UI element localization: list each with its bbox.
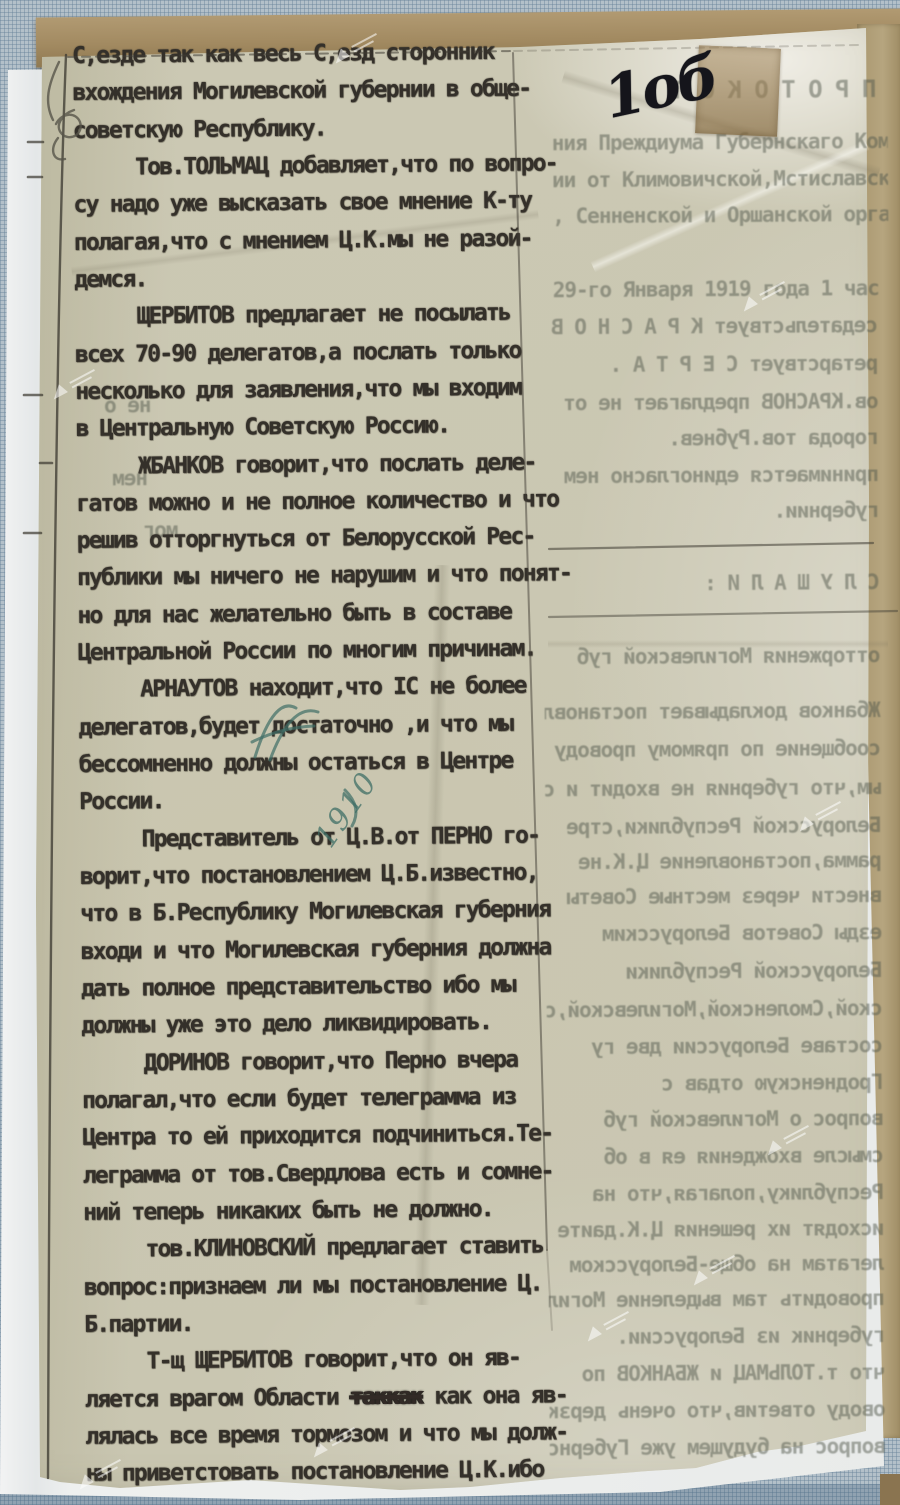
typed-line: Б.партии. — [84, 1312, 193, 1337]
typed-line: дать полное представительство ибо мы — [81, 973, 515, 1001]
typed-line: должны уже это дело ликвидировать. — [81, 1010, 491, 1038]
typed-line: в Центральную Советскую Россию. — [76, 414, 450, 442]
typed-line: ЖБАНКОВ говорит,что послать деле- — [138, 450, 536, 478]
typed-line: ворит,что постановлением Ц.Б.известно, — [80, 861, 538, 890]
typed-line: несколько для заявления,что мы входим — [75, 376, 521, 404]
typed-line: входи и что Могилевская губерния должна — [81, 935, 551, 964]
typed-line: ДОРИНОВ говорит,что Перно вчера — [144, 1047, 518, 1075]
typed-line: Центральной России по многим причинам. — [78, 637, 536, 666]
watermark-book-icon — [52, 381, 68, 400]
watermark-book-icon — [766, 1137, 782, 1156]
typed-line: Представитель от Ц.В.от ПЕРНО го- — [141, 823, 539, 851]
watermark-book-icon — [78, 1471, 94, 1490]
typed-text-column: С,езде так как весь С,езд сторонниквхожд… — [0, 0, 900, 1505]
typed-line: су надо уже высказать свое мнение К-ту — [73, 189, 531, 218]
typed-line: всех 70-90 делегатов,а послать только — [75, 338, 521, 366]
typed-line: но для нас желательно быть в составе — [77, 600, 511, 628]
typed-line: ний теперь никаких быть не должно. — [83, 1197, 493, 1225]
typed-line: тов.КЛИНОВСКИЙ предлагает ставить — [145, 1234, 543, 1262]
overstrike-word: таккак — [350, 1383, 423, 1410]
watermark-book-icon — [798, 813, 814, 832]
scanned-archive-document: П Р О Т О К О Лния Преждиума Губернскаго… — [0, 0, 900, 1505]
typed-line: Тов.ТОЛЬМАЦ добавляет,что по вопро- — [135, 151, 557, 179]
typed-line: ляется врагом Области таккак как она яв- — [85, 1383, 567, 1412]
typed-line: делегатов,будет достаточно ,и что мы — [78, 712, 512, 740]
typed-line: ны приветстовать постановление Ц.К.ибо — [86, 1458, 544, 1487]
typed-line: АРНАУТОВ находит,что IС не более — [140, 674, 526, 702]
watermark-book-icon — [742, 293, 758, 312]
typed-line: леграмма от тов.Свердлова есть и сомне- — [83, 1159, 553, 1188]
typed-line: Центра то ей приходится подчиниться.Те- — [82, 1122, 552, 1151]
watermark-book-icon — [312, 1439, 328, 1458]
typed-line: С,езде так как весь С,езд сторонник — [72, 40, 494, 68]
typed-line: Т-щ ЩЕРБИТОВ говорит,что он яв- — [146, 1346, 520, 1374]
typed-line: демся. — [74, 267, 147, 292]
typed-line: публики мы ничего не нарушим и что понят… — [77, 562, 571, 591]
typed-line: полагая,что с мнением Ц.К.мы не разой- — [74, 226, 532, 255]
watermark-book-icon — [586, 1323, 602, 1342]
typed-line: бессомненно должны остаться в Центре — [79, 749, 513, 777]
typed-line: полагал,что если будет телеграмма из — [82, 1085, 516, 1113]
typed-line: гатов можно и не полное количество и что — [76, 487, 558, 516]
typed-line: советскую Республику. — [73, 116, 326, 143]
typed-line: ЩЕРБИТОВ предлагает не посылать — [136, 301, 510, 329]
typed-line: вхождения Могилевской губернии в обще- — [72, 77, 530, 106]
watermark-book-icon — [334, 45, 350, 64]
typed-line: вопрос:признаем ли мы постановление Ц. — [84, 1271, 542, 1300]
typed-line: что в Б.Республику Могилевская губерния — [80, 898, 550, 927]
watermark-book-icon — [692, 1267, 708, 1286]
typed-line: России. — [79, 790, 164, 815]
typed-line: решив отторгнуться от Белорусской Рес- — [77, 525, 535, 554]
